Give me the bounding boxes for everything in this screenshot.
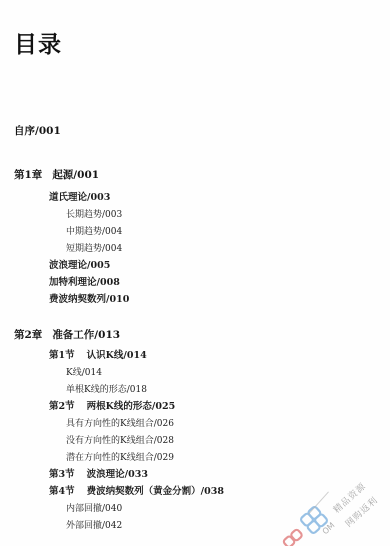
toc-subentry[interactable]: 内部回撤/040: [66, 502, 122, 516]
toc-subentry[interactable]: 中期趋势/004: [66, 225, 122, 239]
toc-chapter-2[interactable]: 第2章准备工作/013: [14, 328, 120, 342]
toc-section-1[interactable]: 第1节认识K线/014: [49, 349, 147, 363]
toc-subentry[interactable]: 长期趋势/003: [66, 208, 122, 222]
toc-entry[interactable]: 加特利理论/008: [49, 276, 120, 290]
chapter-number: 第1章: [14, 168, 42, 182]
section-title: 费波纳契数列（黄金分割）/038: [87, 486, 224, 497]
toc-subentry[interactable]: 外部回撤/042: [66, 519, 122, 533]
toc-subentry[interactable]: 没有方向性的K线组合/028: [66, 434, 174, 448]
toc-section-3[interactable]: 第3节波浪理论/033: [49, 468, 148, 482]
section-number: 第2节: [49, 400, 75, 414]
watermark-suffix: OM: [321, 521, 337, 537]
chapter-title: 准备工作/013: [52, 329, 120, 341]
toc-section-4[interactable]: 第4节费波纳契数列（黄金分割）/038: [49, 485, 224, 499]
toc-entry[interactable]: 费波纳契数列/010: [49, 293, 129, 307]
section-title: 认识K线/014: [87, 350, 147, 361]
section-number: 第1节: [49, 349, 75, 363]
toc-page: 目录 自序/001 第1章起源/001 道氏理论/003 长期趋势/003 中期…: [0, 0, 390, 546]
toc-entry[interactable]: 波浪理论/005: [49, 259, 110, 273]
chapter-number: 第2章: [14, 328, 42, 342]
toc-section-2[interactable]: 第2节两根K线的形态/025: [49, 400, 175, 414]
toc-subentry[interactable]: 单根K线的形态/018: [66, 383, 147, 397]
toc-entry-preface[interactable]: 自序/001: [14, 124, 61, 138]
chapter-title: 起源/001: [52, 169, 99, 181]
section-number: 第3节: [49, 468, 75, 482]
toc-subentry[interactable]: 具有方向性的K线组合/026: [66, 417, 174, 431]
toc-subentry[interactable]: K线/014: [66, 366, 102, 380]
page-title: 目录: [14, 31, 62, 59]
toc-entry[interactable]: 道氏理论/003: [49, 191, 110, 205]
watermark-divider: [308, 492, 329, 515]
section-title: 两根K线的形态/025: [87, 401, 176, 412]
toc-chapter-1[interactable]: 第1章起源/001: [14, 168, 99, 182]
section-title: 波浪理论/033: [87, 469, 148, 480]
toc-subentry[interactable]: 潜在方向性的K线组合/029: [66, 451, 174, 465]
toc-subentry[interactable]: 短期趋势/004: [66, 242, 122, 256]
section-number: 第4节: [49, 485, 75, 499]
